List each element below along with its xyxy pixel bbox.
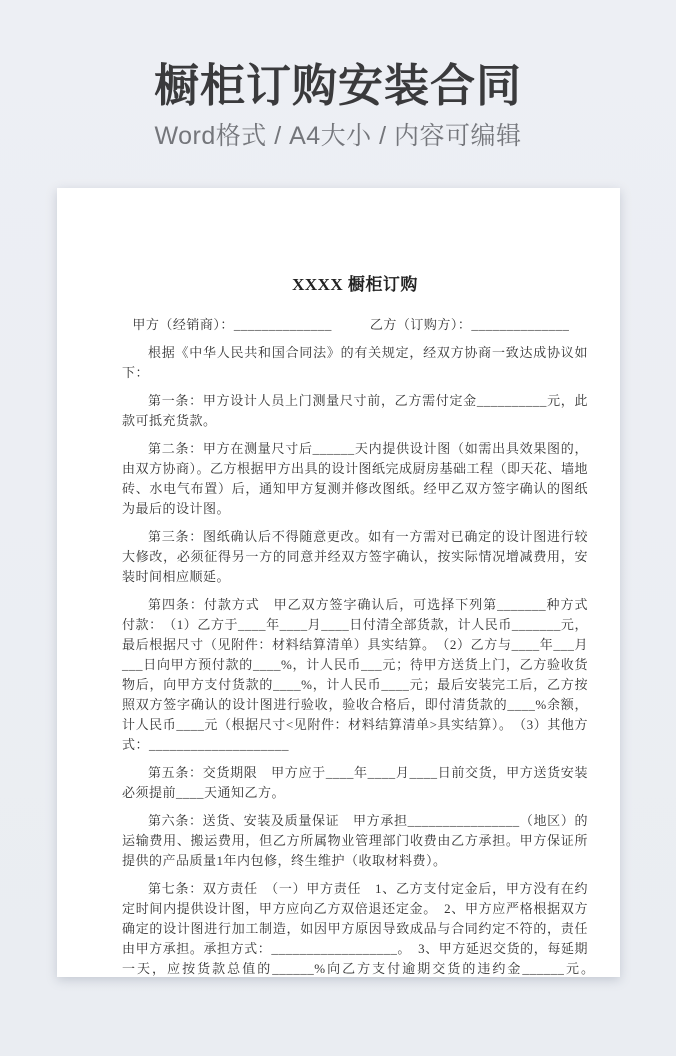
contract-paragraph: 第三条：图纸确认后不得随意更改。如有一方需对已确定的设计图进行较大修改，必须征得… xyxy=(122,527,588,587)
party-line: 甲方（经销商）：______________乙方（订购方）：__________… xyxy=(122,315,588,335)
banner: 橱柜订购安装合同 Word格式 / A4大小 / 内容可编辑 xyxy=(0,0,676,151)
contract-paragraph: 第七条：双方责任 （一）甲方责任 1、乙方支付定金后，甲方没有在约定时间内提供设… xyxy=(122,879,588,977)
contract-paragraph: 第一条：甲方设计人员上门测量尺寸前，乙方需付定金__________元，此款可抵… xyxy=(122,391,588,431)
banner-subtitle: Word格式 / A4大小 / 内容可编辑 xyxy=(0,121,676,151)
document-page: XXXX 橱柜订购 甲方（经销商）：______________乙方（订购方）：… xyxy=(57,188,620,977)
page-background: 橱柜订购安装合同 Word格式 / A4大小 / 内容可编辑 XXXX 橱柜订购… xyxy=(0,0,676,1056)
contract-paragraph: 第五条：交货期限 甲方应于____年____月____日前交货，甲方送货安装必须… xyxy=(122,763,588,803)
contract-body: 根据《中华人民共和国合同法》的有关规定，经双方协商一致达成协议如下：第一条：甲方… xyxy=(122,343,588,977)
contract-paragraph: 第二条：甲方在测量尺寸后______天内提供设计图（如需出具效果图的，由双方协商… xyxy=(122,439,588,519)
contract-paragraph: 根据《中华人民共和国合同法》的有关规定，经双方协商一致达成协议如下： xyxy=(122,343,588,383)
party-b-label: 乙方（订购方）：______________ xyxy=(370,317,570,332)
document-title: XXXX 橱柜订购 xyxy=(122,270,588,295)
banner-title: 橱柜订购安装合同 xyxy=(0,0,676,112)
party-a-label: 甲方（经销商）：______________ xyxy=(132,317,332,332)
contract-paragraph: 第六条：送货、安装及质量保证 甲方承担________________（地区）的… xyxy=(122,811,588,871)
contract-paragraph: 第四条：付款方式 甲乙双方签字确认后，可选择下列第_______种方式付款： （… xyxy=(122,595,588,755)
